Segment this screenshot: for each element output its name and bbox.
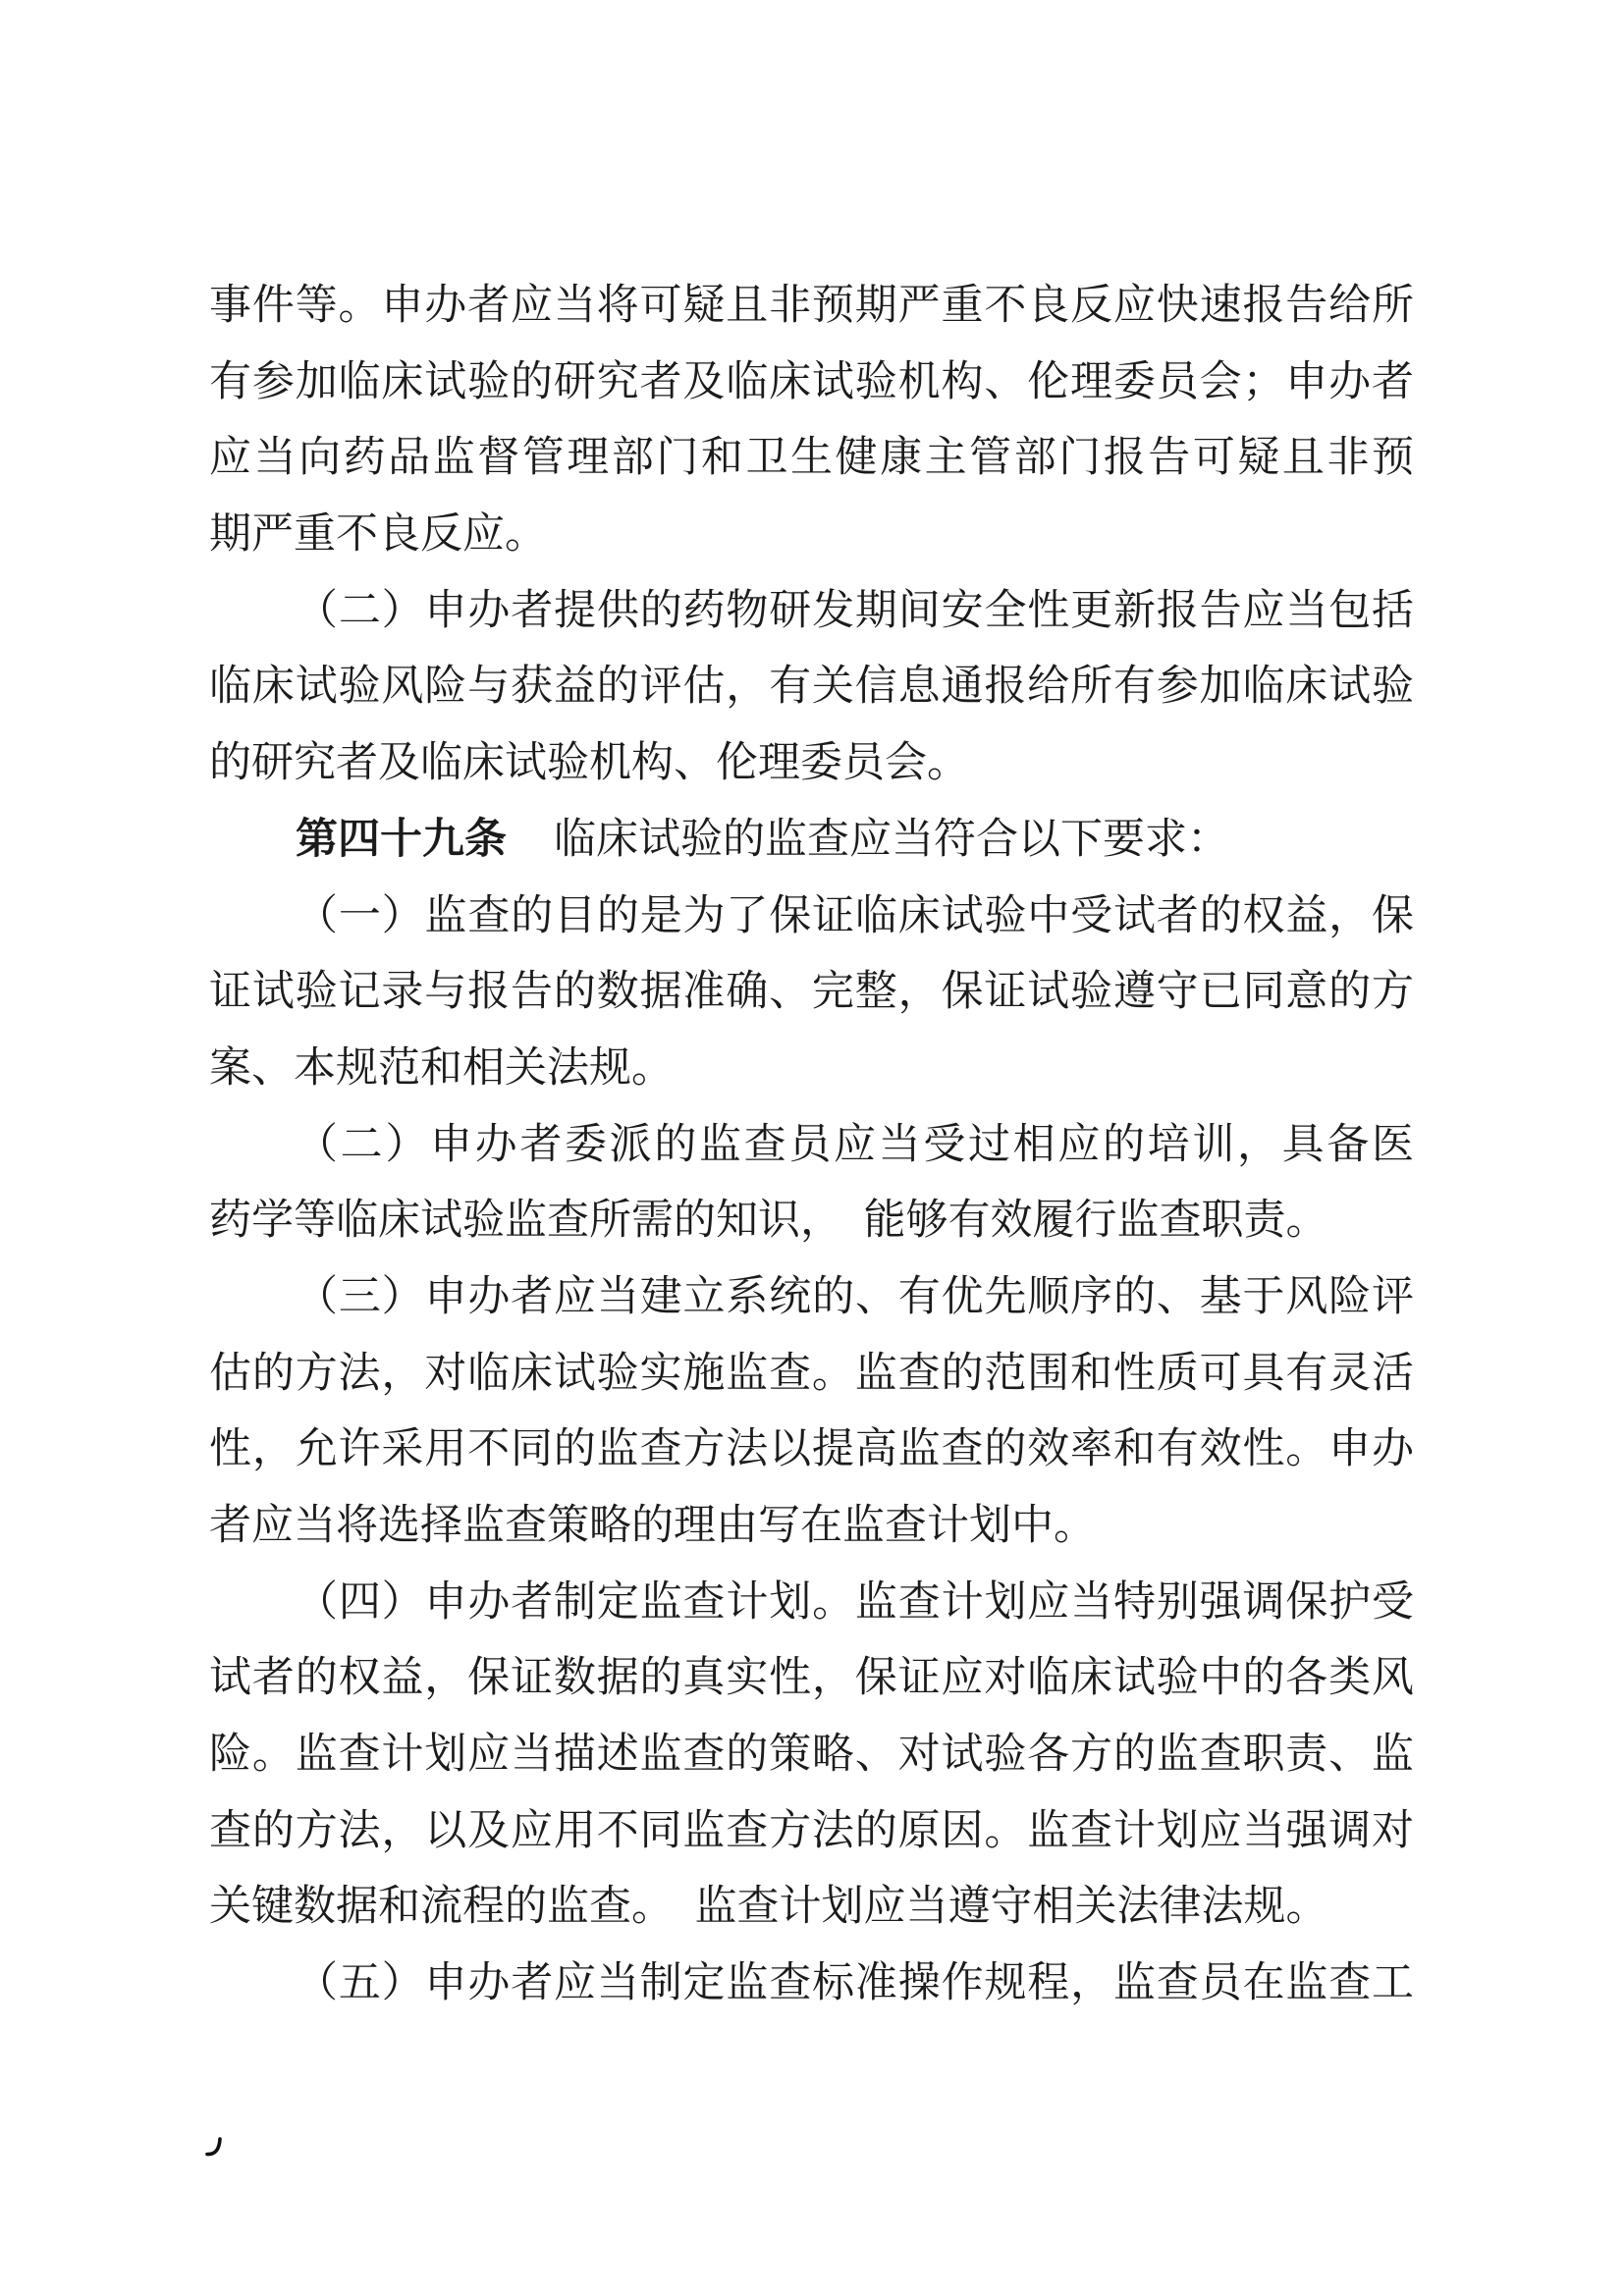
text-line: 应当向药品监督管理部门和卫生健康主管部门报告可疑且非预 <box>209 420 1414 497</box>
text-line: 临床试验风险与获益的评估，有关信息通报给所有参加临床试验 <box>209 649 1414 725</box>
text-line-paragraph-start: （五）申办者应当制定监查标准操作规程，监查员在监查工 <box>209 1946 1414 2022</box>
text-line: 者应当将选择监查策略的理由写在监查计划中。 <box>209 1488 1414 1565</box>
text-line: 事件等。申办者应当将可疑且非预期严重不良反应快速报告给所 <box>209 268 1414 345</box>
text-line: 药学等临床试验监查所需的知识， 能够有效履行监查职责。 <box>209 1183 1414 1259</box>
text-line: 试者的权益，保证数据的真实性，保证应对临床试验中的各类风 <box>209 1640 1414 1717</box>
article-heading: 第四十九条临床试验的监查应当符合以下要求： <box>209 802 1414 879</box>
text-line: 有参加临床试验的研究者及临床试验机构、伦理委员会；申办者 <box>209 345 1414 421</box>
text-line-paragraph-start: （四）申办者制定监查计划。监查计划应当特别强调保护受 <box>209 1565 1414 1641</box>
article-number: 第四十九条 <box>296 817 507 863</box>
text-line: 的研究者及临床试验机构、伦理委员会。 <box>209 725 1414 802</box>
text-line: 证试验记录与报告的数据准确、完整，保证试验遵守已同意的方 <box>209 954 1414 1031</box>
article-heading-text: 临床试验的监查应当符合以下要求： <box>554 817 1229 863</box>
text-line-paragraph-start: （二）申办者提供的药物研发期间安全性更新报告应当包括 <box>209 573 1414 650</box>
text-line-paragraph-start: （一）监查的目的是为了保证临床试验中受试者的权益，保 <box>209 879 1414 955</box>
handwritten-hook-mark <box>203 2136 225 2162</box>
document-page-text: 事件等。申办者应当将可疑且非预期严重不良反应快速报告给所 有参加临床试验的研究者… <box>209 268 1414 2022</box>
text-line: 性，允许采用不同的监查方法以提高监查的效率和有效性。申办 <box>209 1412 1414 1488</box>
text-line: 估的方法，对临床试验实施监查。监查的范围和性质可具有灵活 <box>209 1336 1414 1413</box>
text-line: 险。监查计划应当描述监查的策略、对试验各方的监查职责、监 <box>209 1717 1414 1793</box>
text-line-paragraph-start: （三）申办者应当建立系统的、有优先顺序的、基于风险评 <box>209 1259 1414 1336</box>
text-line: 期严重不良反应。 <box>209 497 1414 573</box>
text-line: 关键数据和流程的监查。 监查计划应当遵守相关法律法规。 <box>209 1869 1414 1946</box>
text-line: 查的方法，以及应用不同监查方法的原因。监查计划应当强调对 <box>209 1793 1414 1870</box>
text-line: 案、本规范和相关法规。 <box>209 1031 1414 1107</box>
text-line-paragraph-start: （二）申办者委派的监查员应当受过相应的培训，具备医学、 <box>209 1107 1414 1184</box>
